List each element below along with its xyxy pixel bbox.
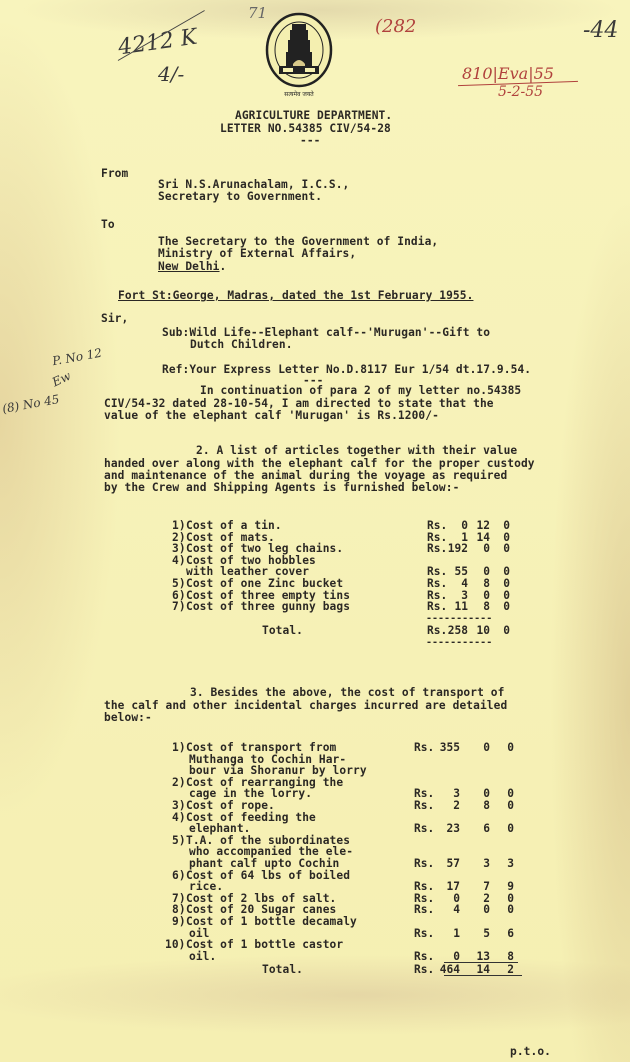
row-currency: Rs. bbox=[414, 741, 434, 754]
row-pies: 0 bbox=[504, 799, 514, 812]
row-rupees: 355 bbox=[436, 741, 460, 754]
para1-line1: In continuation of para 2 of my letter n… bbox=[200, 384, 521, 397]
svg-text:सत्यमेव जयते: सत्यमेव जयते bbox=[284, 90, 314, 98]
to-city: New Delhi bbox=[158, 260, 220, 273]
row-pies: 3 bbox=[504, 857, 514, 870]
margin-note-1: P. No 12 bbox=[51, 346, 103, 368]
subject-line2: Dutch Children. bbox=[190, 338, 293, 351]
row-currency: Rs. bbox=[414, 903, 434, 916]
government-emblem-icon: सत्यमेव जयते bbox=[265, 12, 333, 100]
to-label: To bbox=[101, 218, 115, 231]
margin-note-2: Ew bbox=[50, 369, 73, 390]
row-currency: Rs. bbox=[414, 799, 434, 812]
to-city-period: . bbox=[220, 260, 227, 273]
handwritten-page-number: -44 bbox=[583, 18, 618, 43]
row-description: Cost of 1 bottle decamaly bbox=[186, 915, 357, 928]
table1-total-annas: 10 bbox=[474, 624, 490, 637]
row-pies: 8 bbox=[504, 950, 514, 963]
salutation: Sir, bbox=[101, 312, 128, 325]
table2-total-rule bbox=[444, 975, 522, 976]
para2-line4: by the Crew and Shipping Agents is furni… bbox=[104, 481, 459, 494]
handwritten-file-date: 5-2-55 bbox=[498, 84, 543, 100]
row-rupees: 57 bbox=[436, 857, 460, 870]
page-turn-note: p.t.o. bbox=[510, 1045, 551, 1058]
row-pies: 0 bbox=[500, 600, 510, 613]
table1-total-label: Total. bbox=[262, 624, 303, 637]
to-line2: Ministry of External Affairs, bbox=[158, 247, 356, 260]
table2-subtotal-rule bbox=[444, 962, 518, 963]
from-label: From bbox=[101, 167, 128, 180]
handwritten-number-282: (282 bbox=[375, 16, 416, 37]
handwritten-sub-number: 4/- bbox=[158, 62, 184, 86]
reference-line: Ref:Your Express Letter No.D.8117 Eur 1/… bbox=[162, 363, 531, 376]
row-pies: 0 bbox=[504, 903, 514, 916]
row-annas: 0 bbox=[474, 903, 490, 916]
handwritten-file-number: 4212 K bbox=[117, 25, 199, 61]
para2-line1: 2. A list of articles together with thei… bbox=[196, 444, 517, 457]
para1-line3: value of the elephant calf 'Murugan' is … bbox=[104, 409, 439, 422]
row-pies: 0 bbox=[504, 741, 514, 754]
row-annas: 13 bbox=[474, 950, 490, 963]
row-number: 9) bbox=[172, 915, 186, 928]
row-annas: 3 bbox=[474, 857, 490, 870]
row-annas: 8 bbox=[474, 799, 490, 812]
dateline: Fort St:George, Madras, dated the 1st Fe… bbox=[118, 289, 473, 302]
row-pies: 0 bbox=[504, 822, 514, 835]
row-rupees: 0 bbox=[436, 950, 460, 963]
row-rupees: 11 bbox=[444, 600, 468, 613]
row-number: 2) bbox=[172, 776, 186, 789]
para3-line2: the calf and other incidental charges in… bbox=[104, 699, 507, 712]
row-currency: Rs. bbox=[414, 927, 434, 940]
para3-line3: below:- bbox=[104, 711, 152, 724]
row-annas: 6 bbox=[474, 822, 490, 835]
row-currency: Rs. bbox=[414, 857, 434, 870]
row-number: 7) bbox=[172, 600, 186, 613]
row-number: 4) bbox=[172, 811, 186, 824]
row-description: Cost of three gunny bags bbox=[186, 600, 350, 613]
margin-note-3: (8) No 45 bbox=[1, 392, 60, 416]
handwritten-file-reference: 810|Eva|55 bbox=[462, 64, 554, 83]
row-number: 6) bbox=[172, 869, 186, 882]
row-number: 4) bbox=[172, 554, 186, 567]
row-annas: 5 bbox=[474, 927, 490, 940]
row-pies: 6 bbox=[504, 927, 514, 940]
table1-total-pies: 0 bbox=[500, 624, 510, 637]
table1-total-rupees: 258 bbox=[444, 624, 468, 637]
row-rupees: 2 bbox=[436, 799, 460, 812]
row-annas: 0 bbox=[474, 542, 490, 555]
row-description: oil. bbox=[189, 950, 216, 963]
table1-top-rule: ----------- bbox=[426, 613, 492, 624]
row-rupees: 1 bbox=[436, 927, 460, 940]
row-annas: 8 bbox=[474, 600, 490, 613]
row-pies: 0 bbox=[500, 542, 510, 555]
table2-total-currency: Rs. bbox=[414, 963, 434, 976]
row-number: 10) bbox=[165, 938, 186, 951]
department-heading: AGRICULTURE DEPARTMENT. bbox=[235, 109, 392, 122]
row-rupees: 23 bbox=[436, 822, 460, 835]
table2-total-label: Total. bbox=[262, 963, 303, 976]
row-rupees: 192 bbox=[444, 542, 468, 555]
to-line3: New Delhi. bbox=[158, 260, 226, 273]
from-title: Secretary to Government. bbox=[158, 190, 322, 203]
row-number: 1) bbox=[172, 741, 186, 754]
table1-bottom-rule: ----------- bbox=[426, 637, 492, 648]
row-annas: 0 bbox=[474, 741, 490, 754]
row-number: 5) bbox=[172, 834, 186, 847]
row-rupees: 4 bbox=[436, 903, 460, 916]
header-separator: --- bbox=[300, 134, 321, 147]
para3-line1: 3. Besides the above, the cost of transp… bbox=[190, 686, 504, 699]
row-currency: Rs. bbox=[414, 822, 434, 835]
row-currency: Rs. bbox=[414, 950, 434, 963]
